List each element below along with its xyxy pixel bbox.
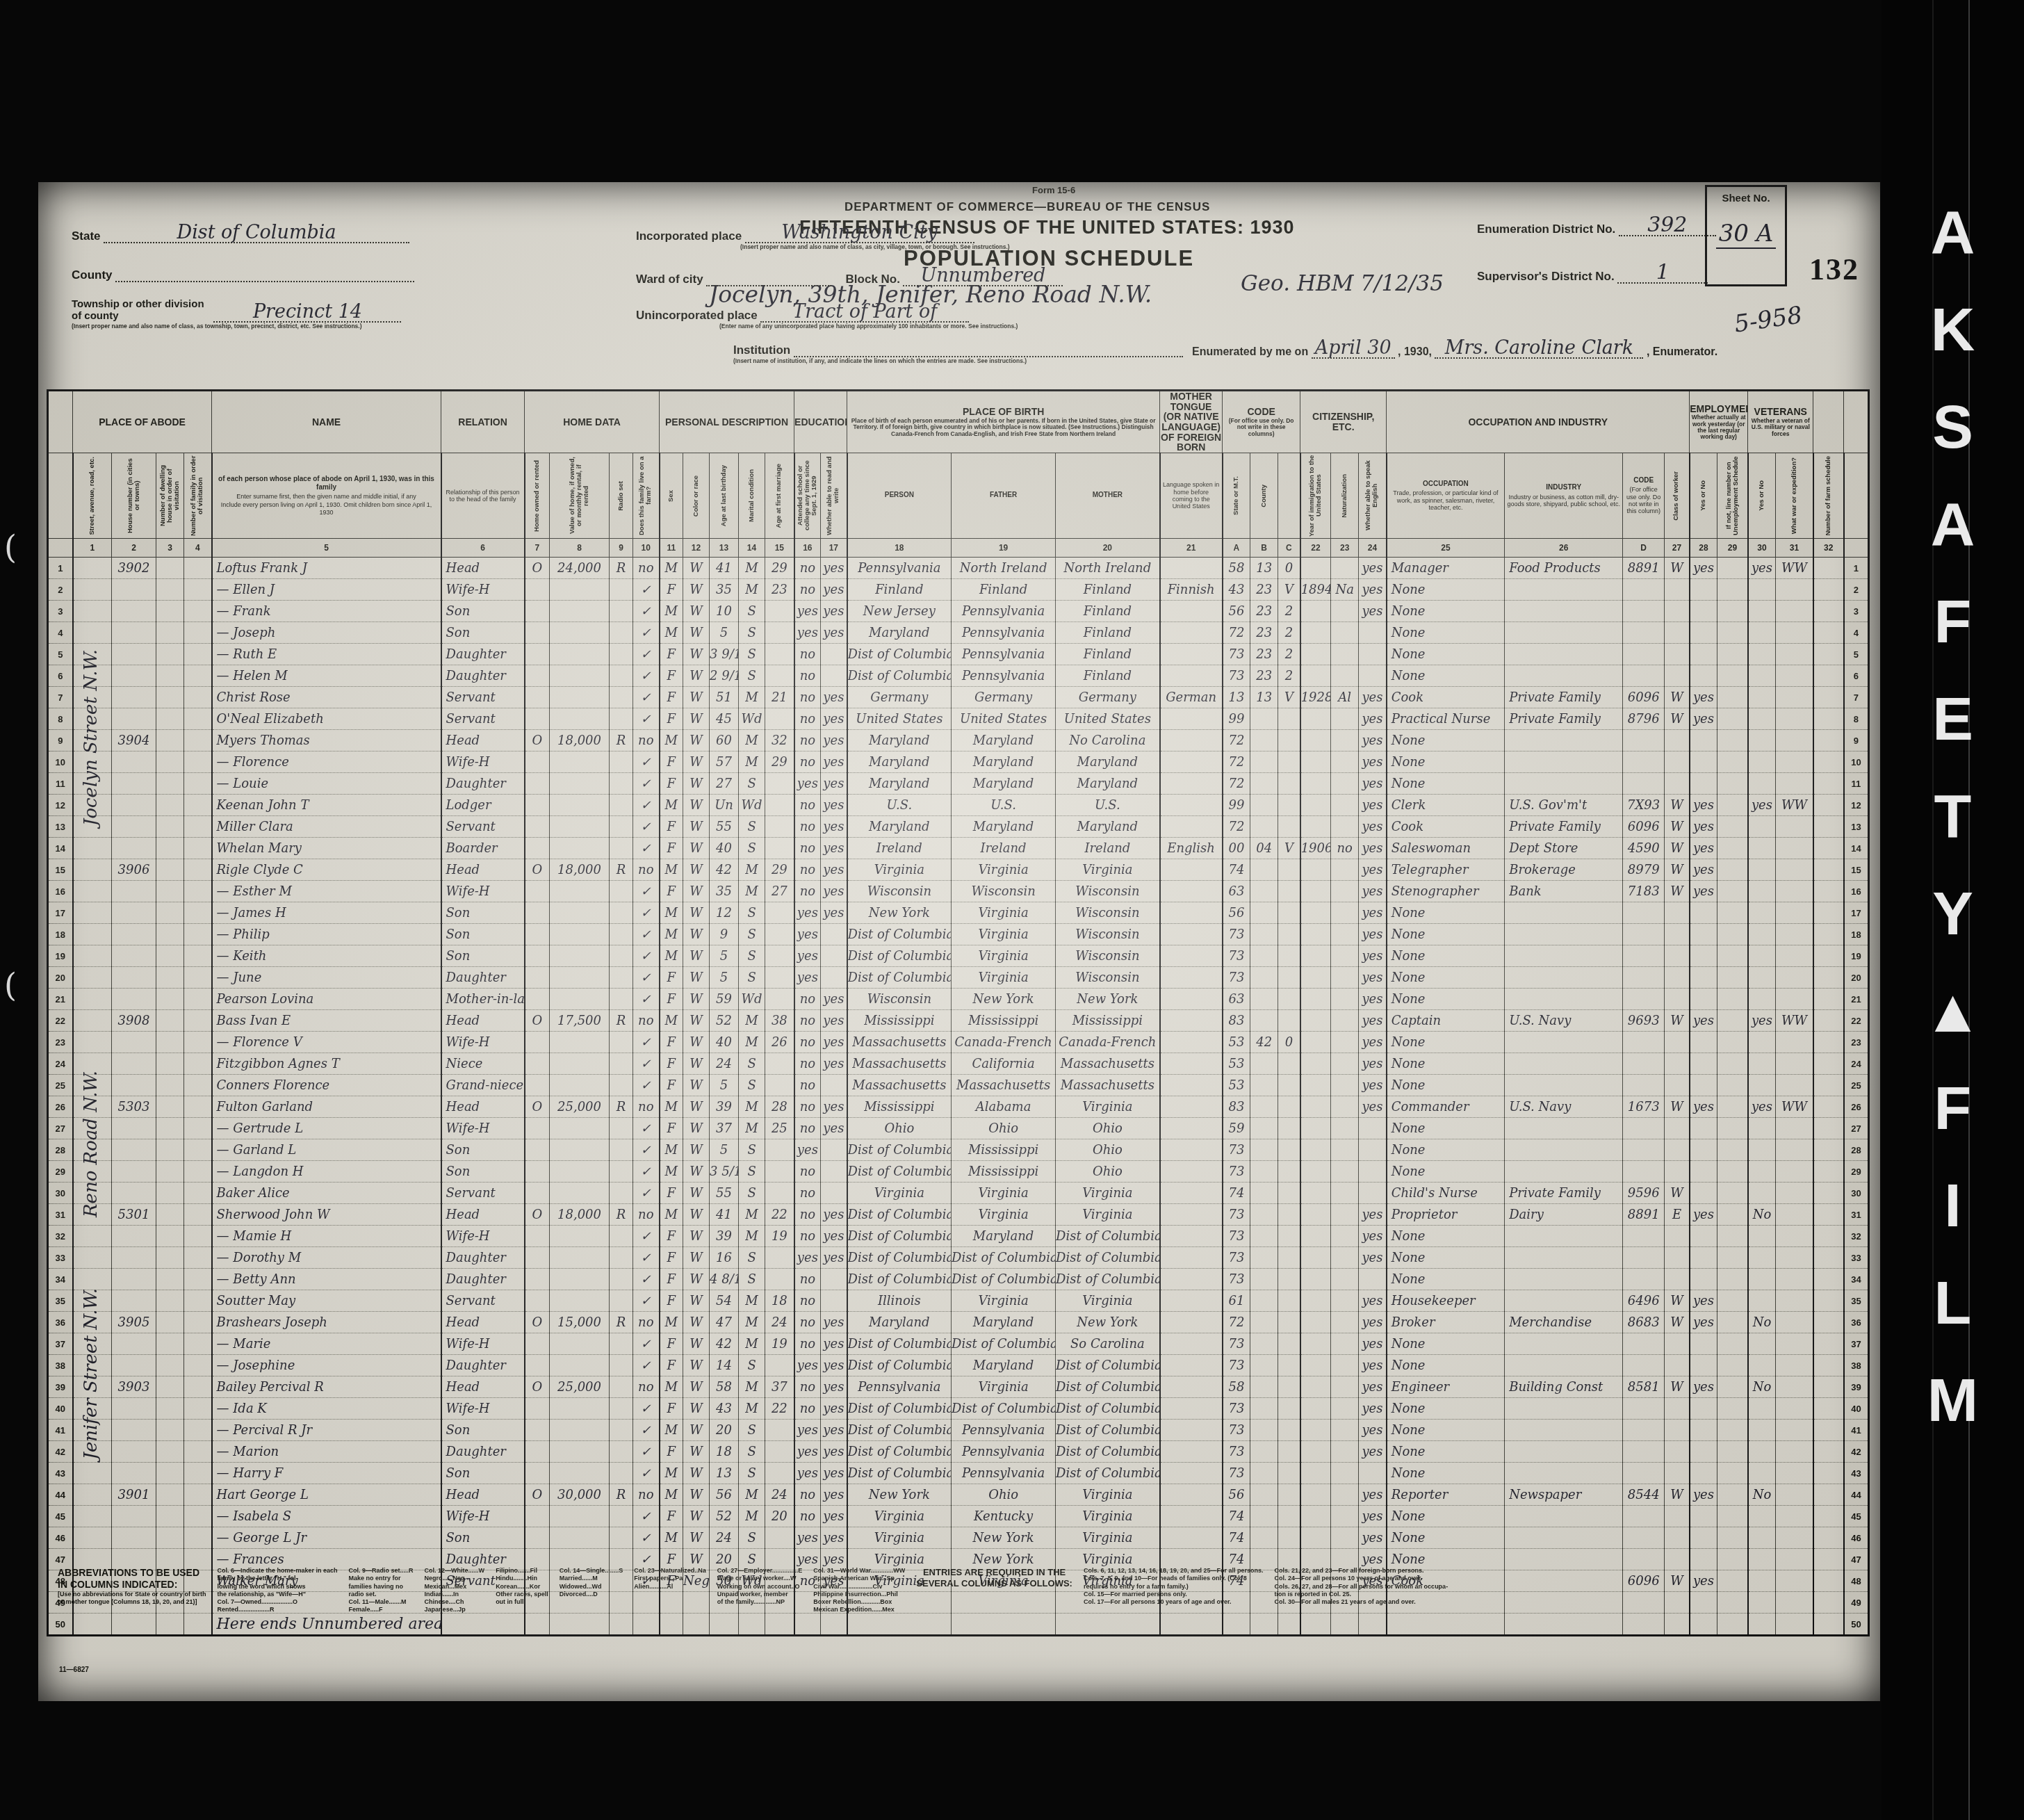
table-cell: W <box>683 989 710 1010</box>
table-cell: Massachusetts <box>847 1075 952 1096</box>
table-cell: None <box>1387 989 1505 1010</box>
department-line: DEPARTMENT OF COMMERCE—BUREAU OF THE CEN… <box>844 200 1210 214</box>
table-cell <box>156 1226 184 1247</box>
table-cell: — Florence V <box>212 1032 441 1053</box>
table-cell: New York <box>847 902 952 924</box>
table-cell: New York <box>1056 1312 1160 1333</box>
table-cell <box>1505 601 1623 622</box>
unincorporated-label: Unincorporated place <box>636 309 758 322</box>
table-cell <box>525 622 550 644</box>
table-cell <box>1250 1312 1278 1333</box>
table-cell: yes <box>794 622 821 644</box>
table-row: 28— Garland LSon✓MW5SyesDist of Columbia… <box>48 1139 1869 1161</box>
abbreviation-block: Col. 31—World War.............WW Spanish… <box>813 1567 905 1614</box>
line-number-cell: 30 <box>1844 1183 1869 1204</box>
line-number-cell: 42 <box>48 1441 73 1463</box>
column-group: PLACE OF ABODE <box>73 391 212 453</box>
table-cell: 58 <box>710 1376 739 1398</box>
table-cell <box>525 1269 550 1290</box>
table-cell: yes <box>1690 1312 1717 1333</box>
table-cell: yes <box>1359 1312 1387 1333</box>
state-value: Dist of Columbia <box>177 222 336 243</box>
table-cell: yes <box>1359 1226 1387 1247</box>
table-cell: W <box>1665 1484 1690 1506</box>
table-cell <box>550 881 610 902</box>
table-cell: No <box>1748 1376 1776 1398</box>
enumerator-suffix: , Enumerator. <box>1647 346 1717 358</box>
table-cell: 6496 <box>1623 1290 1665 1312</box>
table-cell: 39 <box>710 1096 739 1118</box>
table-cell: 45 <box>710 708 739 730</box>
table-cell: W <box>683 1075 710 1096</box>
table-cell: yes <box>1359 1032 1387 1053</box>
column-description: Sex <box>660 453 683 539</box>
column-group: CITIZENSHIP, ETC. <box>1300 391 1387 453</box>
table-cell: 47 <box>710 1312 739 1333</box>
table-cell <box>1717 1161 1748 1183</box>
film-edge-letter: I <box>1944 1175 1961 1236</box>
table-cell <box>1278 751 1300 773</box>
table-cell: Commander <box>1387 1096 1505 1118</box>
table-cell <box>1300 1161 1331 1183</box>
table-cell <box>1359 665 1387 687</box>
table-cell: F <box>660 751 683 773</box>
table-cell: Wife-H <box>441 1506 525 1527</box>
table-cell: — Helen M <box>212 665 441 687</box>
line-number-cell: 4 <box>1844 622 1869 644</box>
column-description: Whether able to read and write <box>821 453 847 539</box>
table-cell: yes <box>821 1527 847 1549</box>
table-cell <box>1331 1506 1359 1527</box>
table-cell <box>525 1463 550 1484</box>
line-number-cell: 15 <box>48 859 73 881</box>
table-cell: Wisconsin <box>1056 902 1160 924</box>
column-description: OCCUPATIONTrade, profession, or particul… <box>1387 453 1505 539</box>
table-cell: F <box>660 1183 683 1204</box>
table-cell <box>73 902 112 924</box>
table-cell <box>184 881 212 902</box>
table-cell: 8796 <box>1623 708 1665 730</box>
table-cell <box>550 795 610 816</box>
table-cell: yes <box>1359 687 1387 708</box>
table-cell <box>610 1139 633 1161</box>
table-cell: no <box>794 1333 821 1355</box>
table-cell <box>156 1355 184 1376</box>
table-cell: Servant <box>441 816 525 838</box>
table-cell: O <box>525 1376 550 1398</box>
table-cell <box>550 1355 610 1376</box>
table-cell <box>112 881 156 902</box>
footer-abbreviations: ABBREVIATIONS TO BE USED IN COLUMNS INDI… <box>58 1567 1858 1614</box>
table-cell: M <box>739 730 765 751</box>
table-cell: yes <box>1690 838 1717 859</box>
table-cell <box>1505 924 1623 945</box>
table-cell <box>1665 1226 1690 1247</box>
table-cell: 52 <box>710 1506 739 1527</box>
table-cell <box>610 665 633 687</box>
incorporated-label: Incorporated place <box>636 229 742 243</box>
table-cell <box>1505 1161 1623 1183</box>
table-cell <box>1813 1463 1844 1484</box>
table-cell: yes <box>821 622 847 644</box>
table-cell: R <box>610 1096 633 1118</box>
line-number-cell: 11 <box>1844 773 1869 795</box>
table-cell: Massachusetts <box>847 1053 952 1075</box>
table-cell: North Ireland <box>1056 558 1160 579</box>
table-cell <box>1690 751 1717 773</box>
table-row: 23— Florence VWife-H✓FW40M26noyesMassach… <box>48 1032 1869 1053</box>
table-cell: F <box>660 644 683 665</box>
table-cell <box>1623 1226 1665 1247</box>
table-cell <box>1717 1355 1748 1376</box>
table-cell <box>184 1290 212 1312</box>
table-cell <box>73 558 112 579</box>
table-cell <box>550 1075 610 1096</box>
line-number-cell: 5 <box>48 644 73 665</box>
table-cell <box>1690 1420 1717 1441</box>
table-cell: F <box>660 1118 683 1139</box>
table-cell <box>1160 1420 1223 1441</box>
table-cell: no <box>633 1010 660 1032</box>
table-cell <box>550 1463 610 1484</box>
table-cell <box>1160 1032 1223 1053</box>
table-cell <box>1300 1441 1331 1463</box>
table-cell <box>1665 644 1690 665</box>
table-cell: yes <box>1359 989 1387 1010</box>
line-number-cell: 1 <box>1844 558 1869 579</box>
table-cell: Germany <box>847 687 952 708</box>
table-cell: Brokerage <box>1505 859 1623 881</box>
table-cell <box>1665 967 1690 989</box>
table-cell: 3902 <box>112 558 156 579</box>
table-cell <box>525 1247 550 1269</box>
line-number-cell: 17 <box>48 902 73 924</box>
line-number-cell: 25 <box>1844 1075 1869 1096</box>
table-row: 443901Hart George LHeadO30,000RnoMW56M24… <box>48 1484 1869 1506</box>
table-cell <box>156 1032 184 1053</box>
table-cell <box>156 1183 184 1204</box>
table-cell <box>1505 644 1623 665</box>
table-cell: Pennsylvania <box>952 622 1056 644</box>
table-cell: 18 <box>765 1290 794 1312</box>
table-cell: M <box>739 1376 765 1398</box>
table-cell: United States <box>847 708 952 730</box>
table-cell <box>1160 601 1223 622</box>
table-cell <box>156 730 184 751</box>
line-number-cell: 37 <box>48 1333 73 1355</box>
table-cell: W <box>683 1441 710 1463</box>
column-number: B <box>1250 539 1278 558</box>
table-cell: yes <box>1359 1053 1387 1075</box>
table-cell: Massachusetts <box>952 1075 1056 1096</box>
table-cell <box>550 622 610 644</box>
table-cell <box>1717 751 1748 773</box>
table-cell: None <box>1387 1053 1505 1075</box>
table-cell <box>1748 622 1776 644</box>
table-cell <box>1748 1269 1776 1290</box>
table-cell: 3906 <box>112 859 156 881</box>
table-cell <box>1665 1420 1690 1441</box>
table-cell: yes <box>1690 859 1717 881</box>
table-cell <box>1623 1506 1665 1527</box>
table-cell: Maryland <box>952 751 1056 773</box>
table-cell <box>1250 881 1278 902</box>
table-cell <box>610 816 633 838</box>
table-cell <box>1505 1398 1623 1420</box>
table-cell: 35 <box>710 579 739 601</box>
table-cell: Dist of Columbia <box>1056 1269 1160 1290</box>
film-mark: ( <box>4 528 17 566</box>
table-cell <box>610 795 633 816</box>
table-cell <box>1278 1269 1300 1290</box>
table-cell: None <box>1387 945 1505 967</box>
table-cell <box>1250 1484 1278 1506</box>
table-cell <box>525 1118 550 1139</box>
table-cell: United States <box>952 708 1056 730</box>
table-cell <box>1690 967 1717 989</box>
table-cell: Finland <box>952 579 1056 601</box>
table-cell: W <box>683 1527 710 1549</box>
table-cell: W <box>683 1269 710 1290</box>
table-cell <box>1717 601 1748 622</box>
line-number-cell: 44 <box>48 1484 73 1506</box>
table-cell: Ohio <box>1056 1139 1160 1161</box>
table-cell <box>1359 1161 1387 1183</box>
table-cell: S <box>739 1053 765 1075</box>
table-cell: F <box>660 1333 683 1355</box>
table-cell <box>1300 1226 1331 1247</box>
table-cell: Mississippi <box>1056 1010 1160 1032</box>
table-cell <box>1665 622 1690 644</box>
table-cell: S <box>739 601 765 622</box>
table-cell <box>1505 773 1623 795</box>
column-group: RELATION <box>441 391 525 453</box>
table-cell: S <box>739 924 765 945</box>
table-cell: 19 <box>765 1333 794 1355</box>
table-cell <box>1776 1032 1813 1053</box>
table-cell: None <box>1387 967 1505 989</box>
table-cell <box>1359 1139 1387 1161</box>
table-cell: None <box>1387 1420 1505 1441</box>
table-cell: 9596 <box>1623 1183 1665 1204</box>
table-cell: W <box>1665 859 1690 881</box>
table-cell <box>1665 773 1690 795</box>
table-cell <box>1813 601 1844 622</box>
table-cell <box>1717 1139 1748 1161</box>
column-description <box>48 453 73 539</box>
table-cell: Head <box>441 558 525 579</box>
table-cell: yes <box>821 687 847 708</box>
table-cell: Maryland <box>952 1312 1056 1333</box>
column-description: Number of farm schedule <box>1813 453 1844 539</box>
table-cell <box>73 579 112 601</box>
table-cell: 72 <box>1223 751 1250 773</box>
column-number <box>48 539 73 558</box>
table-row: 40— Ida KWife-H✓FW43M22noyesDist of Colu… <box>48 1398 1869 1420</box>
table-cell <box>1387 1614 1505 1636</box>
table-cell <box>1331 1010 1359 1032</box>
table-row: 93904Myers ThomasHeadO18,000RnoMW60M32no… <box>48 730 1869 751</box>
table-cell <box>610 708 633 730</box>
table-cell <box>1623 1053 1665 1075</box>
table-cell <box>156 924 184 945</box>
table-cell: yes <box>1690 687 1717 708</box>
table-cell <box>1813 730 1844 751</box>
table-cell <box>765 1053 794 1075</box>
column-description: What war or expedition? <box>1776 453 1813 539</box>
table-cell: 73 <box>1223 967 1250 989</box>
table-cell <box>525 601 550 622</box>
table-cell <box>1813 838 1844 859</box>
table-cell <box>1717 945 1748 967</box>
table-cell: — Harry F <box>212 1463 441 1484</box>
table-cell: 73 <box>1223 1269 1250 1290</box>
table-cell: R <box>610 1312 633 1333</box>
table-cell <box>156 708 184 730</box>
table-cell: Ireland <box>847 838 952 859</box>
line-number-cell: 20 <box>48 967 73 989</box>
table-cell <box>156 859 184 881</box>
table-cell <box>1776 1139 1813 1161</box>
table-cell <box>1160 1355 1223 1376</box>
table-cell <box>1748 881 1776 902</box>
table-cell <box>610 1226 633 1247</box>
table-cell <box>73 1398 112 1420</box>
table-cell <box>156 1312 184 1333</box>
table-cell: Wife-H <box>441 579 525 601</box>
table-cell: ✓ <box>633 881 660 902</box>
line-number-cell: 42 <box>1844 1441 1869 1463</box>
line-number-cell: 41 <box>48 1420 73 1441</box>
column-group: NAME <box>212 391 441 453</box>
table-row: 27— Gertrude LWife-H✓FW37M25noyesOhioOhi… <box>48 1118 1869 1139</box>
table-cell <box>1748 967 1776 989</box>
table-cell <box>73 1376 112 1398</box>
table-cell: W <box>683 1161 710 1183</box>
table-cell: Dist of Columbia <box>847 1441 952 1463</box>
table-cell <box>1250 945 1278 967</box>
table-cell <box>525 1398 550 1420</box>
table-cell: 58 <box>1223 1376 1250 1398</box>
table-cell <box>1665 730 1690 751</box>
line-number-cell: 5 <box>1844 644 1869 665</box>
table-cell: Son <box>441 924 525 945</box>
table-cell: 00 <box>1223 838 1250 859</box>
abbreviation-block: Col. 6—Indicate the home-maker in each f… <box>218 1567 338 1614</box>
table-cell <box>156 751 184 773</box>
table-cell <box>1160 1398 1223 1420</box>
table-cell <box>525 687 550 708</box>
table-cell <box>156 1398 184 1420</box>
table-cell: U.S. Gov'm't <box>1505 795 1623 816</box>
table-cell <box>1278 1333 1300 1355</box>
table-cell: Ireland <box>1056 838 1160 859</box>
table-cell: Canada-French <box>952 1032 1056 1053</box>
column-number: 18 <box>847 539 952 558</box>
table-cell: W <box>683 1484 710 1506</box>
table-cell <box>73 730 112 751</box>
line-number-cell: 22 <box>48 1010 73 1032</box>
table-cell: Reporter <box>1387 1484 1505 1506</box>
table-cell: R <box>610 730 633 751</box>
table-cell: M <box>660 902 683 924</box>
table-cell: Virginia <box>847 1506 952 1527</box>
table-cell <box>525 1441 550 1463</box>
table-cell <box>525 1333 550 1355</box>
table-cell <box>1278 1118 1300 1139</box>
table-cell <box>765 1527 794 1549</box>
table-cell <box>184 558 212 579</box>
table-cell <box>550 708 610 730</box>
table-cell: Dist of Columbia <box>847 967 952 989</box>
table-cell <box>1300 1139 1331 1161</box>
table-cell <box>1623 665 1665 687</box>
table-cell: ✓ <box>633 838 660 859</box>
table-cell: yes <box>1359 838 1387 859</box>
table-cell <box>550 1527 610 1549</box>
table-cell <box>1505 1420 1623 1441</box>
table-cell: None <box>1387 1398 1505 1420</box>
table-cell: 40 <box>710 1032 739 1053</box>
table-cell <box>1717 558 1748 579</box>
table-cell <box>1690 601 1717 622</box>
table-cell <box>1278 1247 1300 1269</box>
table-cell: Virginia <box>1056 1183 1160 1204</box>
table-cell <box>156 881 184 902</box>
table-cell <box>1160 1312 1223 1333</box>
table-cell <box>1813 1226 1844 1247</box>
table-cell <box>1331 1139 1359 1161</box>
table-cell <box>1331 859 1359 881</box>
table-cell: No <box>1748 1204 1776 1226</box>
table-cell <box>1505 1355 1623 1376</box>
table-cell <box>1717 1269 1748 1290</box>
film-scratch <box>1968 0 1970 1820</box>
line-number-cell: 16 <box>48 881 73 902</box>
table-cell <box>1813 1441 1844 1463</box>
table-cell: yes <box>821 838 847 859</box>
table-cell <box>1250 1441 1278 1463</box>
table-cell: yes <box>794 967 821 989</box>
table-cell: Virginia <box>952 1290 1056 1312</box>
table-cell: 3901 <box>112 1484 156 1506</box>
table-cell <box>1300 1312 1331 1333</box>
table-cell <box>550 902 610 924</box>
table-cell <box>184 1183 212 1204</box>
column-description: State or M.T. <box>1223 453 1250 539</box>
table-cell <box>1717 622 1748 644</box>
table-cell <box>660 1614 683 1636</box>
table-cell <box>184 859 212 881</box>
table-cell <box>1623 579 1665 601</box>
table-cell <box>1813 1355 1844 1376</box>
table-cell: 32 <box>765 730 794 751</box>
table-cell: Baker Alice <box>212 1183 441 1204</box>
table-cell <box>1300 1010 1331 1032</box>
table-cell <box>1717 1506 1748 1527</box>
table-row: 19— KeithSon✓MW5SyesDist of ColumbiaVirg… <box>48 945 1869 967</box>
table-cell: yes <box>1359 1484 1387 1506</box>
table-cell <box>1160 989 1223 1010</box>
table-cell: S <box>739 1463 765 1484</box>
table-cell <box>1813 558 1844 579</box>
table-cell: Wife-H <box>441 1118 525 1139</box>
table-cell: yes <box>821 1463 847 1484</box>
table-cell: yes <box>794 1420 821 1441</box>
table-cell <box>550 1506 610 1527</box>
table-cell <box>1690 1139 1717 1161</box>
table-cell: 2 <box>1278 644 1300 665</box>
